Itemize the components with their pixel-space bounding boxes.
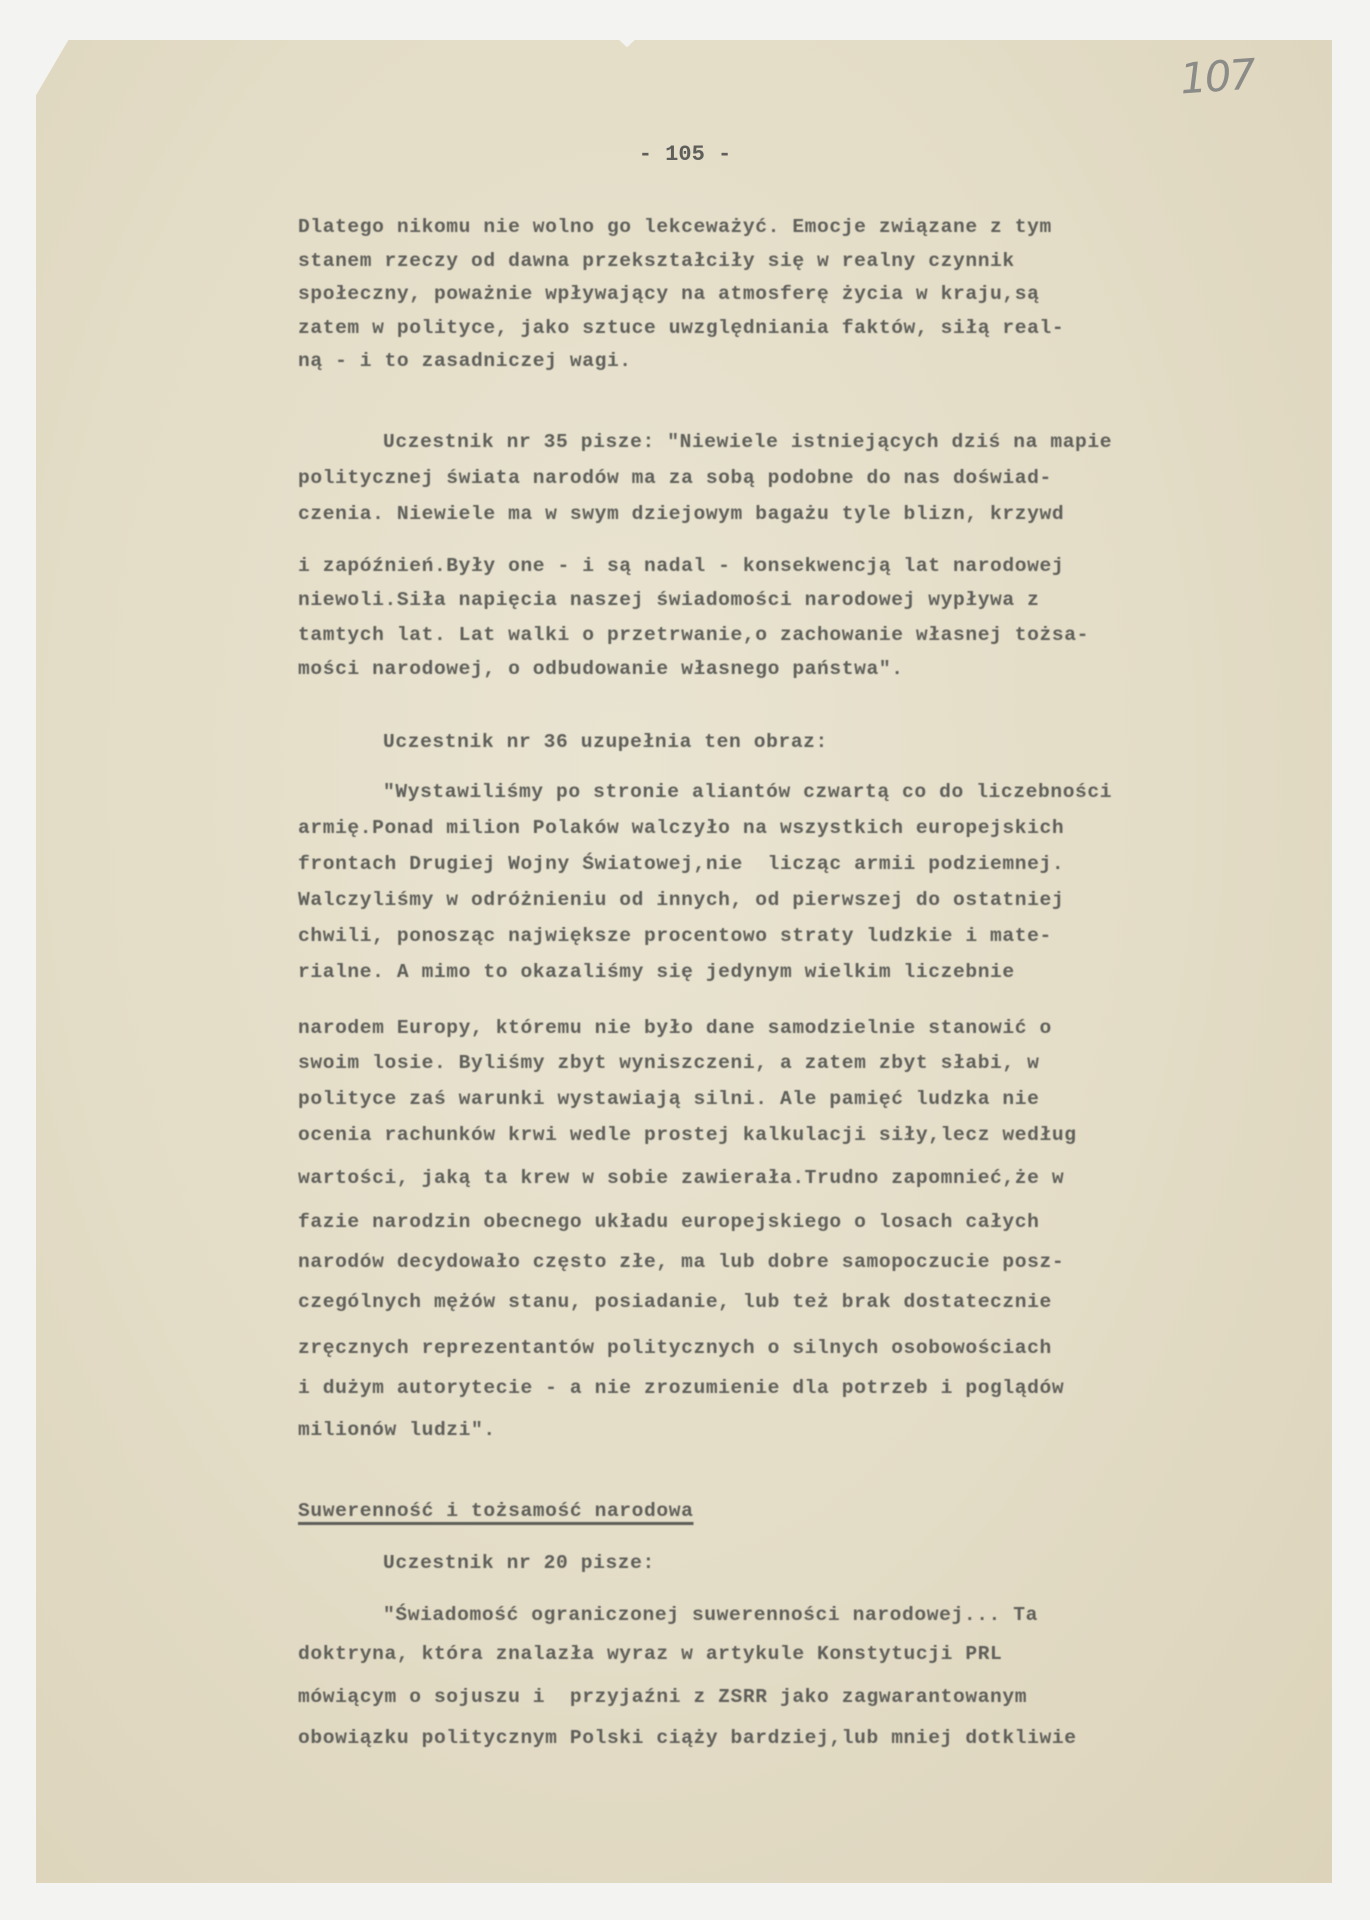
text-line: zatem w polityce, jako sztuce uwzględnia… [298,317,1064,339]
text-line: Uczestnik nr 36 uzupełnia ten obraz: [383,731,828,753]
text-line: Uczestnik nr 35 pisze: "Niewiele istniej… [383,431,1112,453]
text-line: swoim losie. Byliśmy zbyt wyniszczeni, a… [298,1052,1040,1074]
text-line: czenia. Niewiele ma w swym dziejowym bag… [298,503,1064,525]
text-line: czególnych mężów stanu, posiadanie, lub … [298,1291,1052,1313]
text-line: frontach Drugiej Wojny Światowej,nie lic… [298,853,1064,875]
text-line: i zapóźnień.Były one - i są nadal - kons… [298,555,1064,577]
text-line: politycznej świata narodów ma za sobą po… [298,467,1052,489]
text-line: Dlatego nikomu nie wolno go lekceważyć. … [298,216,1052,238]
text-line: wartości, jaką ta krew w sobie zawierała… [298,1167,1064,1189]
text-line: obowiązku politycznym Polski ciąży bardz… [298,1727,1077,1749]
page-number: - 105 - [0,142,1370,167]
text-line: polityce zaś warunki wystawiają silni. A… [298,1088,1040,1110]
text-line: "Świadomość ograniczonej suwerenności na… [383,1604,1038,1626]
text-line: mości narodowej, o odbudowanie własnego … [298,658,904,680]
text-line: społeczny, poważnie wpływający na atmosf… [298,283,1040,305]
text-line: mówiącym o sojuszu i przyjaźni z ZSRR ja… [298,1686,1027,1708]
text-line: narodów decydowało często złe, ma lub do… [298,1251,1064,1273]
text-line: tamtych lat. Lat walki o przetrwanie,o z… [298,624,1089,646]
text-line: milionów ludzi". [298,1419,496,1441]
text-line: fazie narodzin obecnego układu europejsk… [298,1211,1040,1233]
text-line: niewoli.Siła napięcia naszej świadomości… [298,589,1040,611]
text-line: stanem rzeczy od dawna przekształciły si… [298,250,1015,272]
text-line: armię.Ponad milion Polaków walczyło na w… [298,817,1064,839]
section-heading: Suwerenność i tożsamość narodowa [298,1500,693,1522]
text-line: doktryna, która znalazła wyraz w artykul… [298,1643,1002,1665]
text-line: narodem Europy, któremu nie było dane sa… [298,1017,1052,1039]
text-line: rialne. A mimo to okazaliśmy się jedynym… [298,961,1015,983]
text-line: chwili, ponosząc największe procentowo s… [298,925,1052,947]
text-line: "Wystawiliśmy po stronie aliantów czwart… [383,781,1112,803]
text-line: ocenia rachunków krwi wedle prostej kalk… [298,1124,1077,1146]
text-line: zręcznych reprezentantów politycznych o … [298,1337,1052,1359]
text-line: ną - i to zasadniczej wagi. [298,350,632,372]
text-line: Uczestnik nr 20 pisze: [383,1552,655,1574]
text-line: Walczyliśmy w odróżnieniu od innych, od … [298,889,1064,911]
handwritten-folio-number: 107 [1178,49,1255,103]
text-line: i dużym autorytecie - a nie zrozumienie … [298,1377,1064,1399]
